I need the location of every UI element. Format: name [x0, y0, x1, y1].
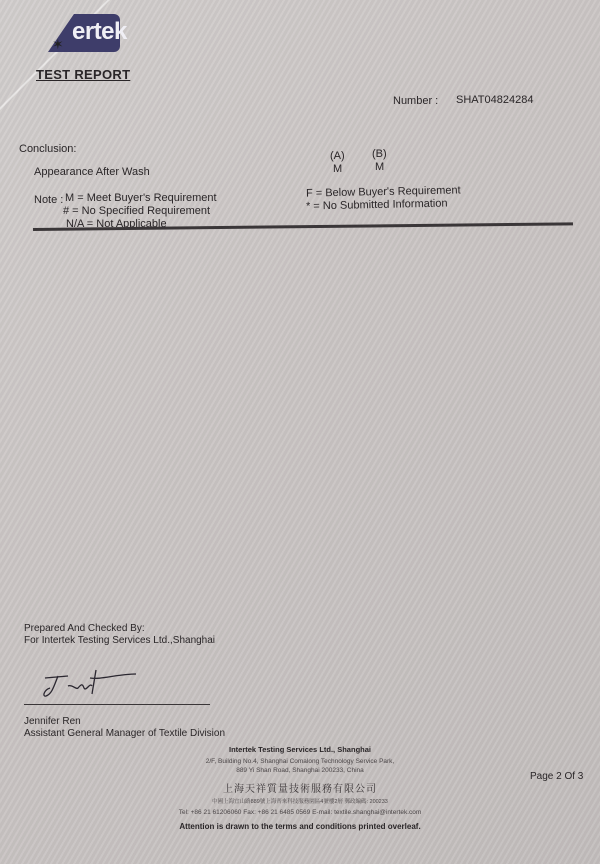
conclusion-item: Appearance After Wash: [34, 166, 150, 179]
note-hash: # = No Specified Requirement: [63, 205, 210, 218]
logo-text: ertek: [72, 18, 127, 46]
column-a-header: (A): [330, 150, 345, 163]
footer-address-cn: 中國上海宜山路889號上海齊來科技服務園區4號樓2層 郵政編碼: 200233: [120, 797, 480, 805]
note-star: * = No Submitted Information: [306, 198, 448, 214]
footer-company: Intertek Testing Services Ltd., Shanghai: [120, 745, 480, 754]
footer-contact: Tel: +86 21 61206060 Fax: +86 21 6485 05…: [120, 809, 480, 816]
page-indicator: Page 2 Of 3: [530, 771, 583, 782]
number-label: Number :: [393, 95, 438, 107]
column-a-value: M: [333, 163, 342, 176]
star-icon: ✶: [52, 36, 64, 53]
note-m: M = Meet Buyer's Requirement: [65, 192, 217, 205]
signer-position: Assistant General Manager of Textile Div…: [24, 727, 225, 740]
column-b-value: M: [375, 161, 384, 174]
conclusion-label: Conclusion:: [19, 143, 76, 156]
footer-address-1: 2/F, Building No.4, Shanghai Comalong Te…: [120, 758, 480, 765]
company-line: For Intertek Testing Services Ltd.,Shang…: [24, 634, 215, 647]
report-number: SHAT04824284: [456, 94, 533, 106]
signature-icon: [40, 664, 140, 704]
footer-address-2: 889 Yi Shan Road, Shanghai 200233, China: [120, 767, 480, 774]
signature-line: [24, 704, 210, 705]
footer-attention: Attention is drawn to the terms and cond…: [120, 822, 480, 831]
footer-company-cn: 上海天祥質量技術服務有限公司: [120, 780, 480, 795]
report-title: TEST REPORT: [36, 67, 130, 82]
column-b-header: (B): [372, 148, 387, 161]
note-prefix: Note :: [34, 194, 63, 207]
